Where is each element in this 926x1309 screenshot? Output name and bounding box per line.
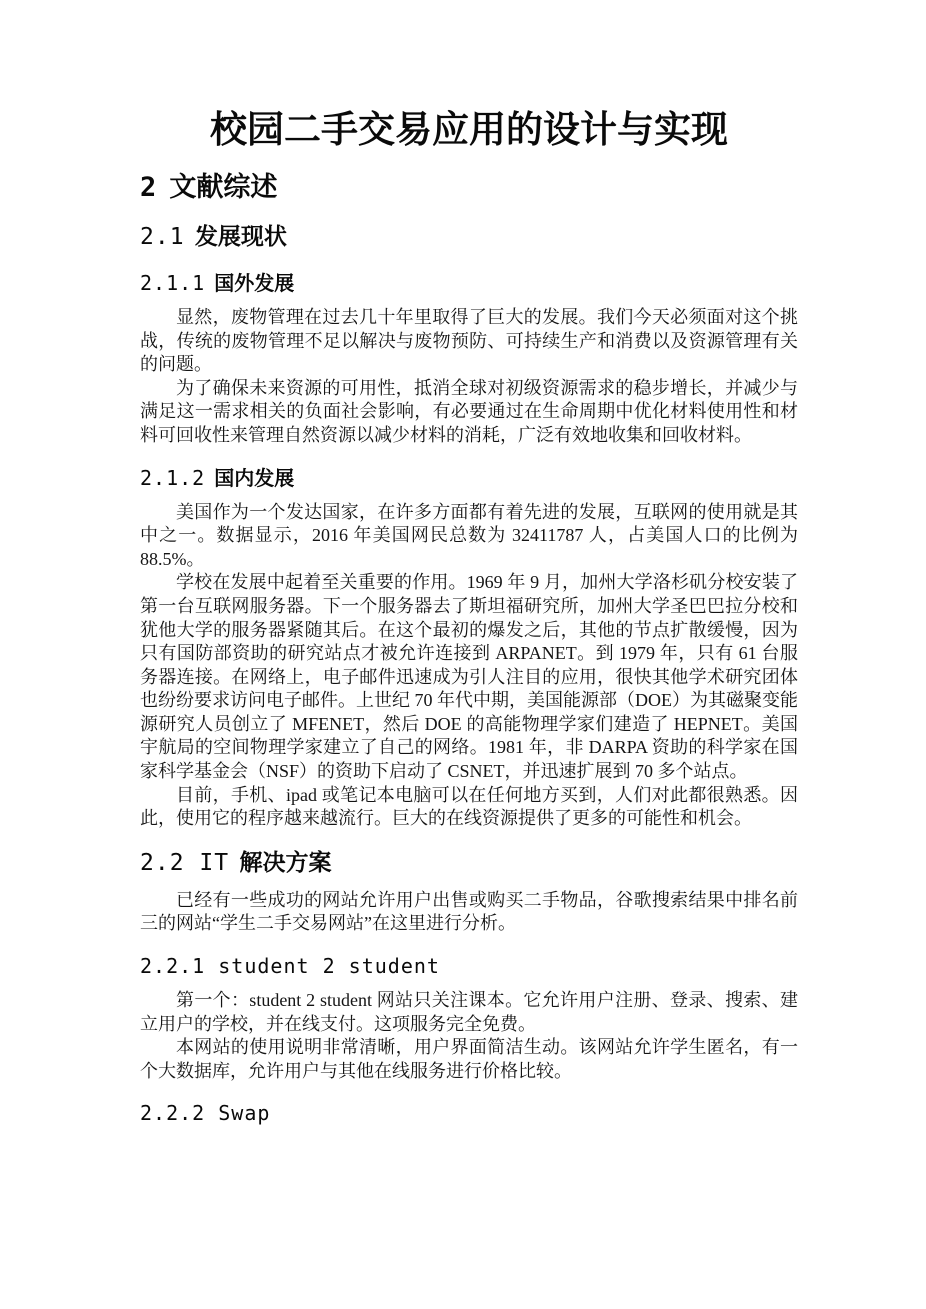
heading-label: 国外发展: [214, 271, 294, 295]
paragraph-it-solutions-intro: 已经有一些成功的网站允许用户出售或购买二手物品，谷歌搜索结果中排名前三的网站“学…: [140, 889, 798, 936]
heading-number: 2.1.2: [140, 466, 205, 490]
heading-label: 发展现状: [195, 224, 287, 250]
paragraph-student2student-1: 第一个：student 2 student 网站只关注课本。它允许用户注册、登录…: [140, 989, 798, 1036]
heading-foreign-development: 2.1.1国外发展: [140, 270, 798, 296]
heading-it-solutions: 2.2 IT解决方案: [140, 849, 798, 879]
heading-number: 2.2 IT: [140, 850, 229, 876]
paragraph-foreign-development-1: 显然，废物管理在过去几十年里取得了巨大的发展。我们今天必须面对这个挑战，传统的废…: [140, 306, 798, 377]
heading-number: 2.2.2 Swap: [140, 1101, 270, 1125]
heading-number: 2.1.1: [140, 271, 205, 295]
heading-number: 2.1: [140, 224, 185, 250]
heading-domestic-development: 2.1.2国内发展: [140, 465, 798, 491]
heading-swap: 2.2.2 Swap: [140, 1100, 798, 1126]
heading-student2student: 2.2.1 student 2 student: [140, 953, 798, 979]
paragraph-domestic-development-1: 美国作为一个发达国家，在许多方面都有着先进的发展，互联网的使用就是其中之一。数据…: [140, 501, 798, 572]
paragraph-domestic-development-2: 学校在发展中起着至关重要的作用。1969 年 9 月，加州大学洛杉矶分校安装了第…: [140, 571, 798, 783]
heading-label: 文献综述: [169, 172, 277, 203]
heading-label: 解决方案: [239, 850, 331, 876]
heading-number: 2: [140, 172, 157, 203]
heading-number: 2.2.1 student 2 student: [140, 954, 440, 978]
paragraph-student2student-2: 本网站的使用说明非常清晰，用户界面简洁生动。该网站允许学生匿名，有一个大数据库，…: [140, 1036, 798, 1083]
paragraph-domestic-development-3: 目前，手机、ipad 或笔记本电脑可以在任何地方买到，人们对此都很熟悉。因此，使…: [140, 784, 798, 831]
document-page: 校园二手交易应用的设计与实现 2文献综述 2.1发展现状 2.1.1国外发展 显…: [0, 0, 926, 1309]
document-content: 校园二手交易应用的设计与实现 2文献综述 2.1发展现状 2.1.1国外发展 显…: [0, 0, 926, 1126]
heading-label: 国内发展: [214, 466, 294, 490]
heading-literature-review: 2文献综述: [140, 170, 798, 205]
document-title: 校园二手交易应用的设计与实现: [140, 106, 798, 154]
heading-development-status: 2.1发展现状: [140, 223, 798, 253]
paragraph-foreign-development-2: 为了确保未来资源的可用性，抵消全球对初级资源需求的稳步增长，并减少与满足这一需求…: [140, 377, 798, 448]
